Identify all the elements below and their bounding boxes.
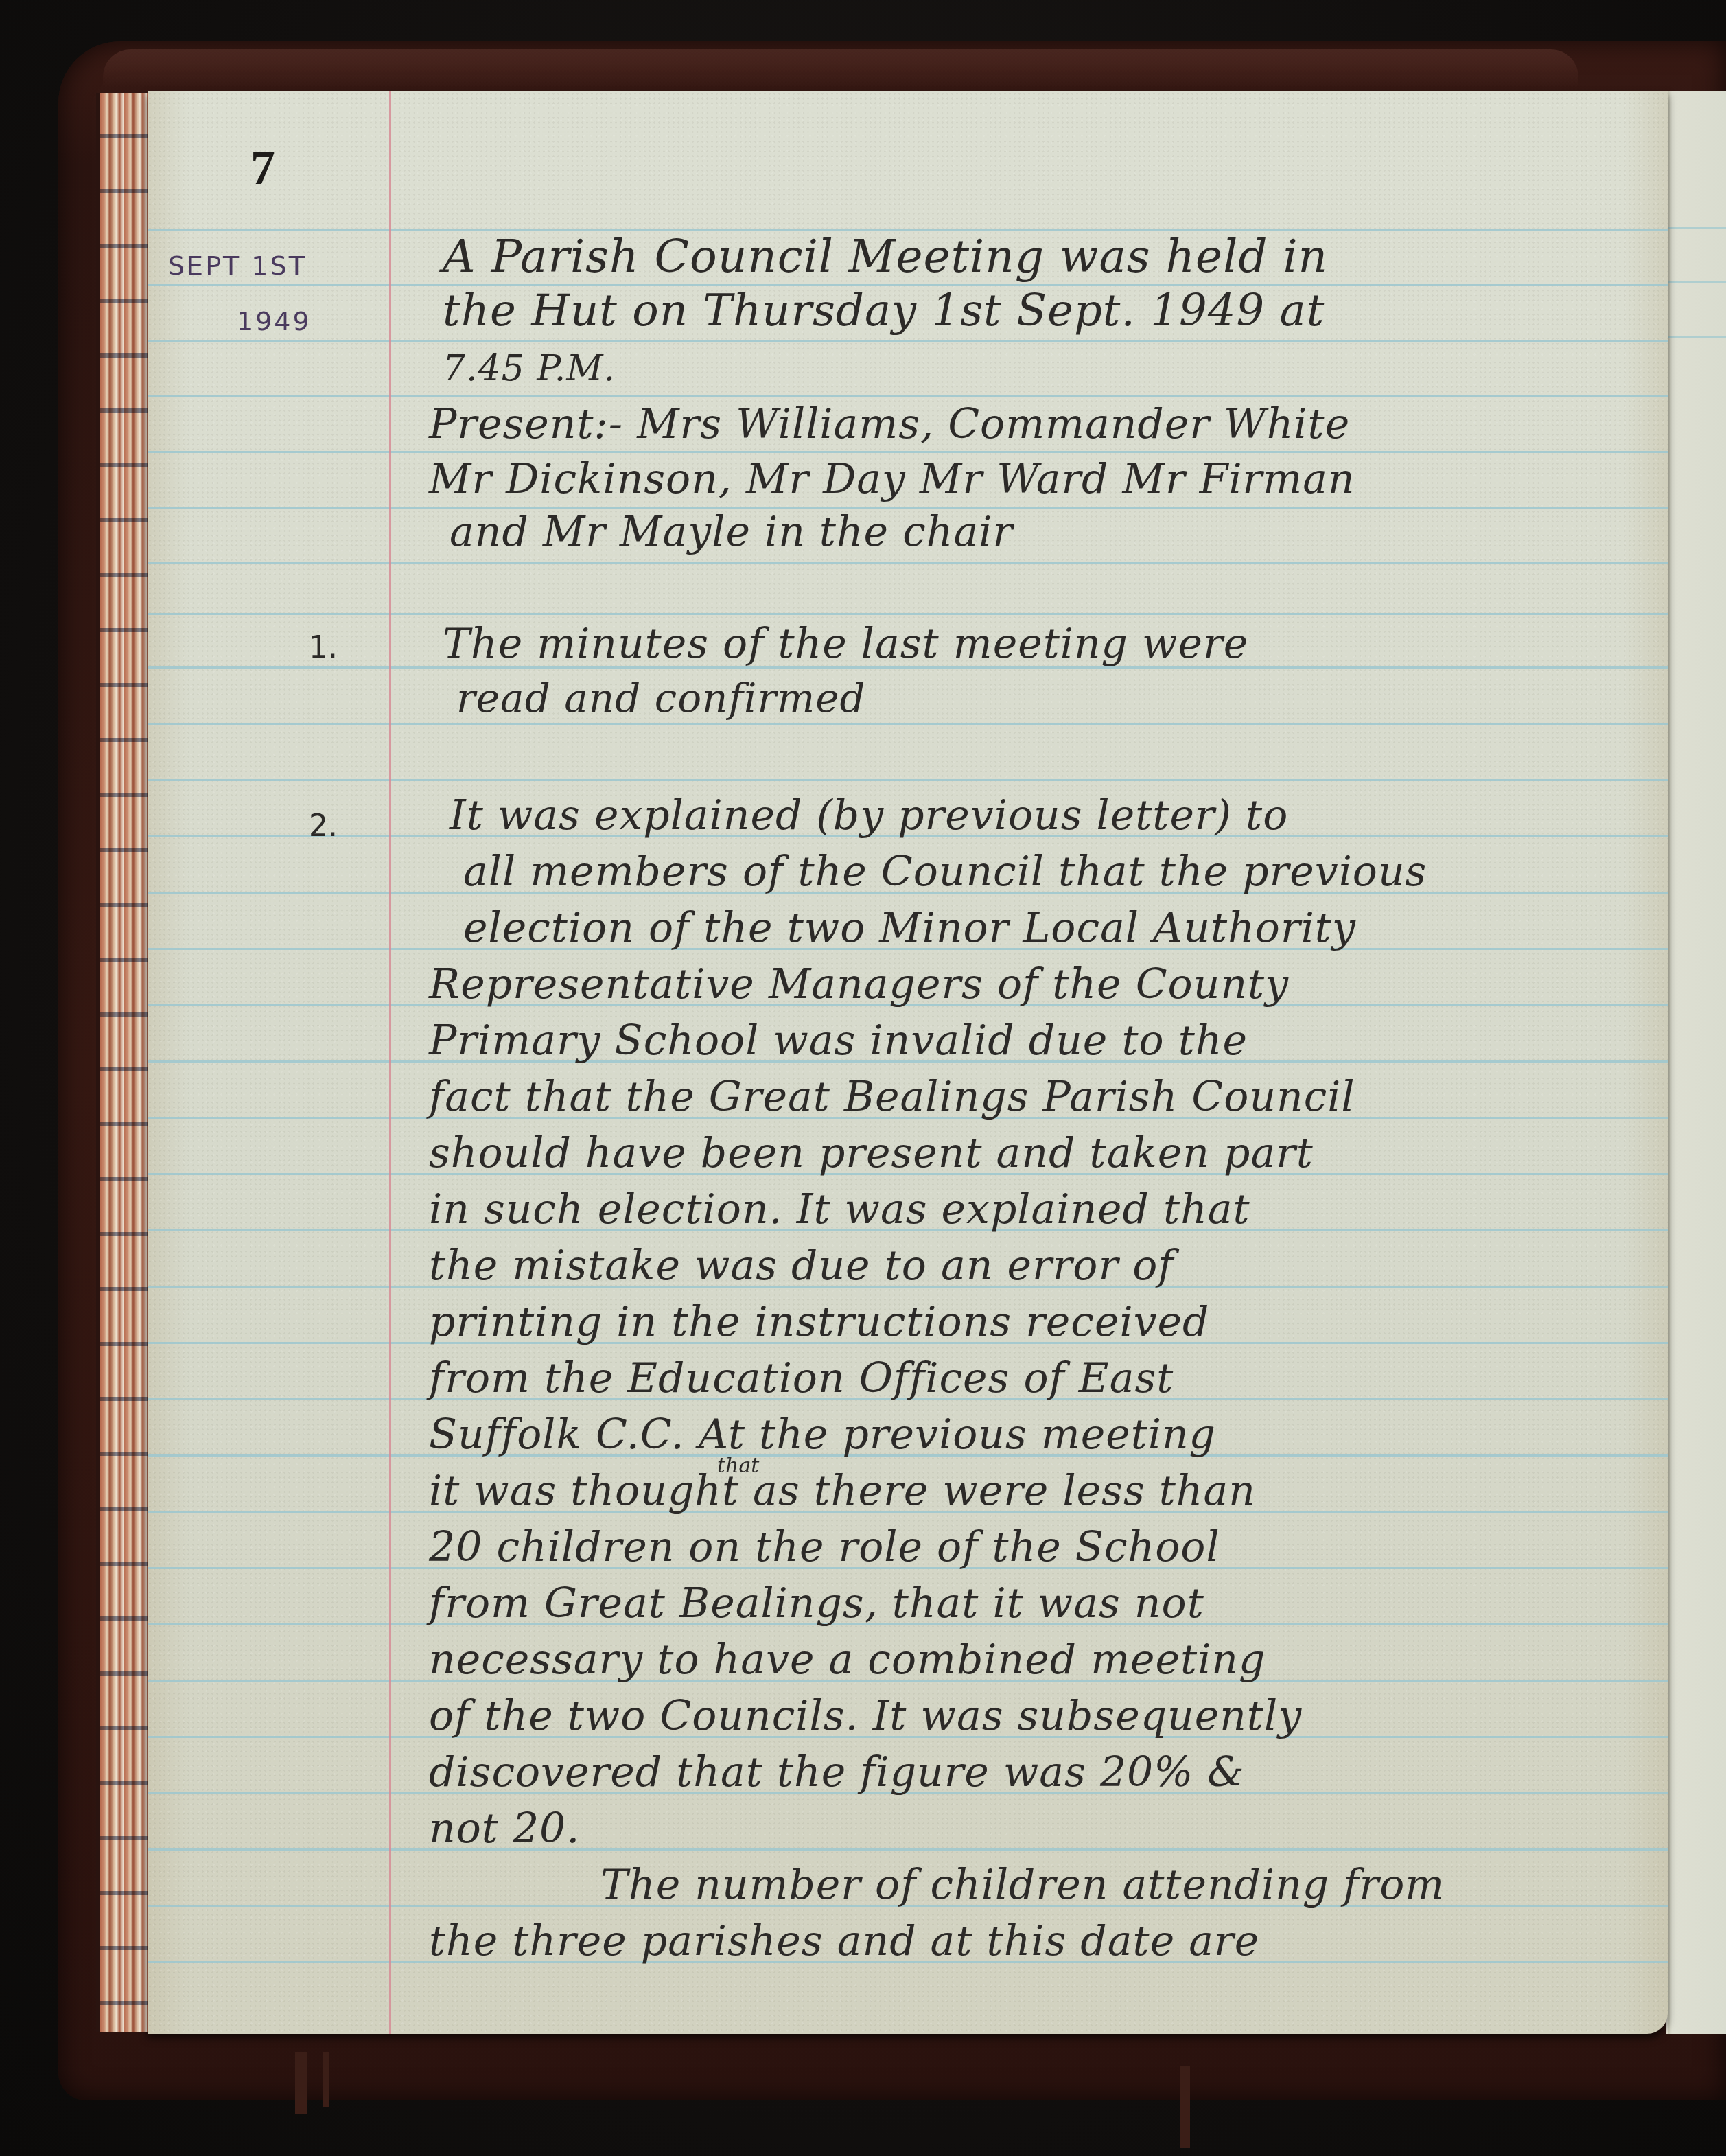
text-line: and Mr Mayle in the chair	[450, 511, 1013, 553]
text-line: discovered that the figure was 20% &	[429, 1752, 1245, 1793]
text-line: not 20.	[429, 1808, 580, 1849]
text-line: from the Education Offices of East	[429, 1358, 1174, 1399]
text-line: The number of children attending from	[600, 1864, 1445, 1905]
text-line: A Parish Council Meeting was held in	[443, 234, 1328, 279]
text-line: The minutes of the last meeting were	[443, 623, 1248, 664]
margin-date-year: 1949	[237, 306, 312, 336]
item-number: 2.	[309, 809, 338, 844]
text-line: it was thought as there were less than	[429, 1470, 1256, 1511]
frayed-thread	[1180, 2066, 1190, 2148]
frayed-thread	[323, 2052, 329, 2107]
page-edge-stack	[96, 93, 155, 2032]
text-line: Representative Managers of the County	[429, 964, 1289, 1005]
facing-page-edge	[1666, 91, 1726, 2034]
red-margin-line	[389, 91, 391, 2034]
text-line: 7.45 P.M.	[443, 351, 616, 386]
text-line: necessary to have a combined meeting	[429, 1639, 1266, 1680]
text-line: should have been present and taken part	[429, 1133, 1314, 1174]
text-line: 20 children on the role of the School	[429, 1527, 1220, 1568]
text-line: Primary School was invalid due to the	[429, 1020, 1248, 1061]
text-line: of the two Councils. It was subsequently	[429, 1695, 1302, 1737]
text-line: the mistake was due to an error of	[429, 1245, 1174, 1286]
item-number: 1.	[309, 630, 338, 665]
text-line: fact that the Great Bealings Parish Coun…	[429, 1076, 1355, 1117]
margin-date-day: SEPT 1ST	[168, 251, 307, 281]
text-line: read and confirmed	[456, 678, 866, 718]
text-line: election of the two Minor Local Authorit…	[463, 907, 1356, 949]
frayed-thread	[295, 2052, 307, 2114]
text-line: printing in the instructions received	[429, 1301, 1209, 1343]
text-line: in such election. It was explained that	[429, 1189, 1250, 1230]
notebook-page: 7 SEPT 1ST 1949 A Parish Council Meeting…	[148, 91, 1668, 2034]
scanned-book-scene: 7 SEPT 1ST 1949 A Parish Council Meeting…	[0, 0, 1726, 2156]
page-number: 7	[250, 139, 275, 196]
text-line: It was explained (by previous letter) to	[450, 795, 1288, 836]
text-line: the Hut on Thursday 1st Sept. 1949 at	[443, 289, 1325, 333]
text-line: all members of the Council that the prev…	[463, 851, 1427, 892]
text-line: Mr Dickinson, Mr Day Mr Ward Mr Firman	[429, 459, 1355, 500]
text-line: the three parishes and at this date are	[429, 1921, 1259, 1962]
text-line: from Great Bealings, that it was not	[429, 1583, 1204, 1624]
text-line: Suffolk C.C. At the previous meeting	[429, 1414, 1216, 1455]
text-line: Present:- Mrs Williams, Commander White	[429, 404, 1350, 445]
cover-sheen	[103, 49, 1578, 87]
